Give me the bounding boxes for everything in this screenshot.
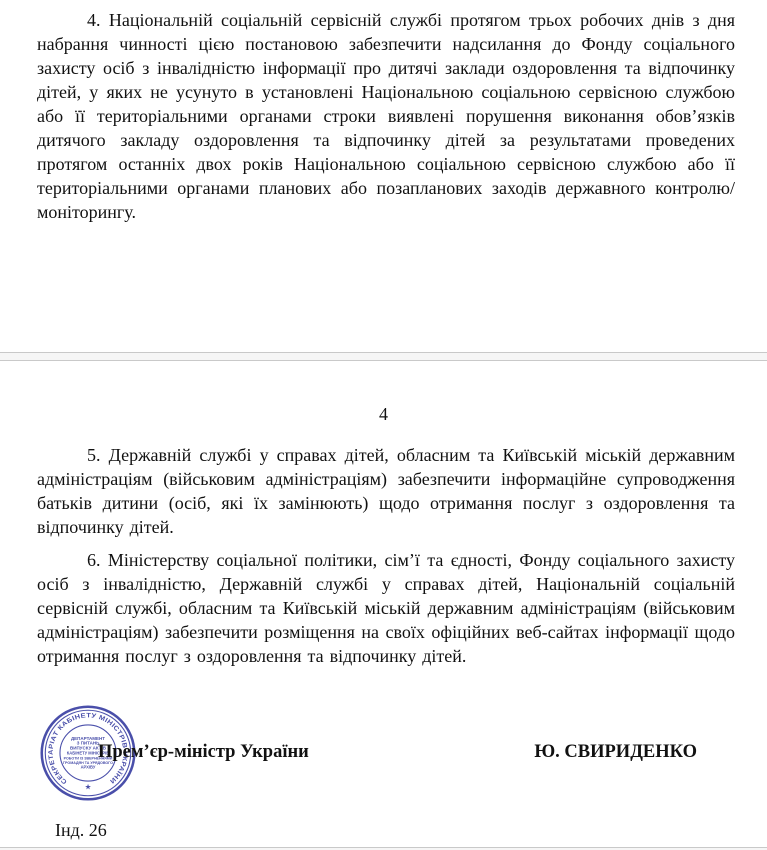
page-separator bbox=[0, 352, 767, 361]
paragraph-6-text: 6. Міністерству соціальної політики, сім… bbox=[37, 548, 735, 668]
paragraph-4-text: 4. Національній соціальній сервісній слу… bbox=[37, 8, 735, 224]
document-viewer: 4. Національній соціальній сервісній слу… bbox=[0, 0, 767, 850]
signature-row: Прем’єр-міністр України Ю. СВИРИДЕНКО bbox=[37, 742, 735, 763]
star-icon: ★ bbox=[84, 784, 91, 791]
paragraph-5-text: 5. Державній службі у справах дітей, обл… bbox=[37, 443, 735, 539]
page-number: 4 bbox=[0, 404, 767, 425]
index-note: Інд. 26 bbox=[55, 820, 107, 841]
signature-title: Прем’єр-міністр України bbox=[98, 742, 309, 763]
stamp-line-7: АРХІВУ bbox=[81, 765, 96, 770]
signature-name: Ю. СВИРИДЕНКО bbox=[534, 742, 697, 763]
